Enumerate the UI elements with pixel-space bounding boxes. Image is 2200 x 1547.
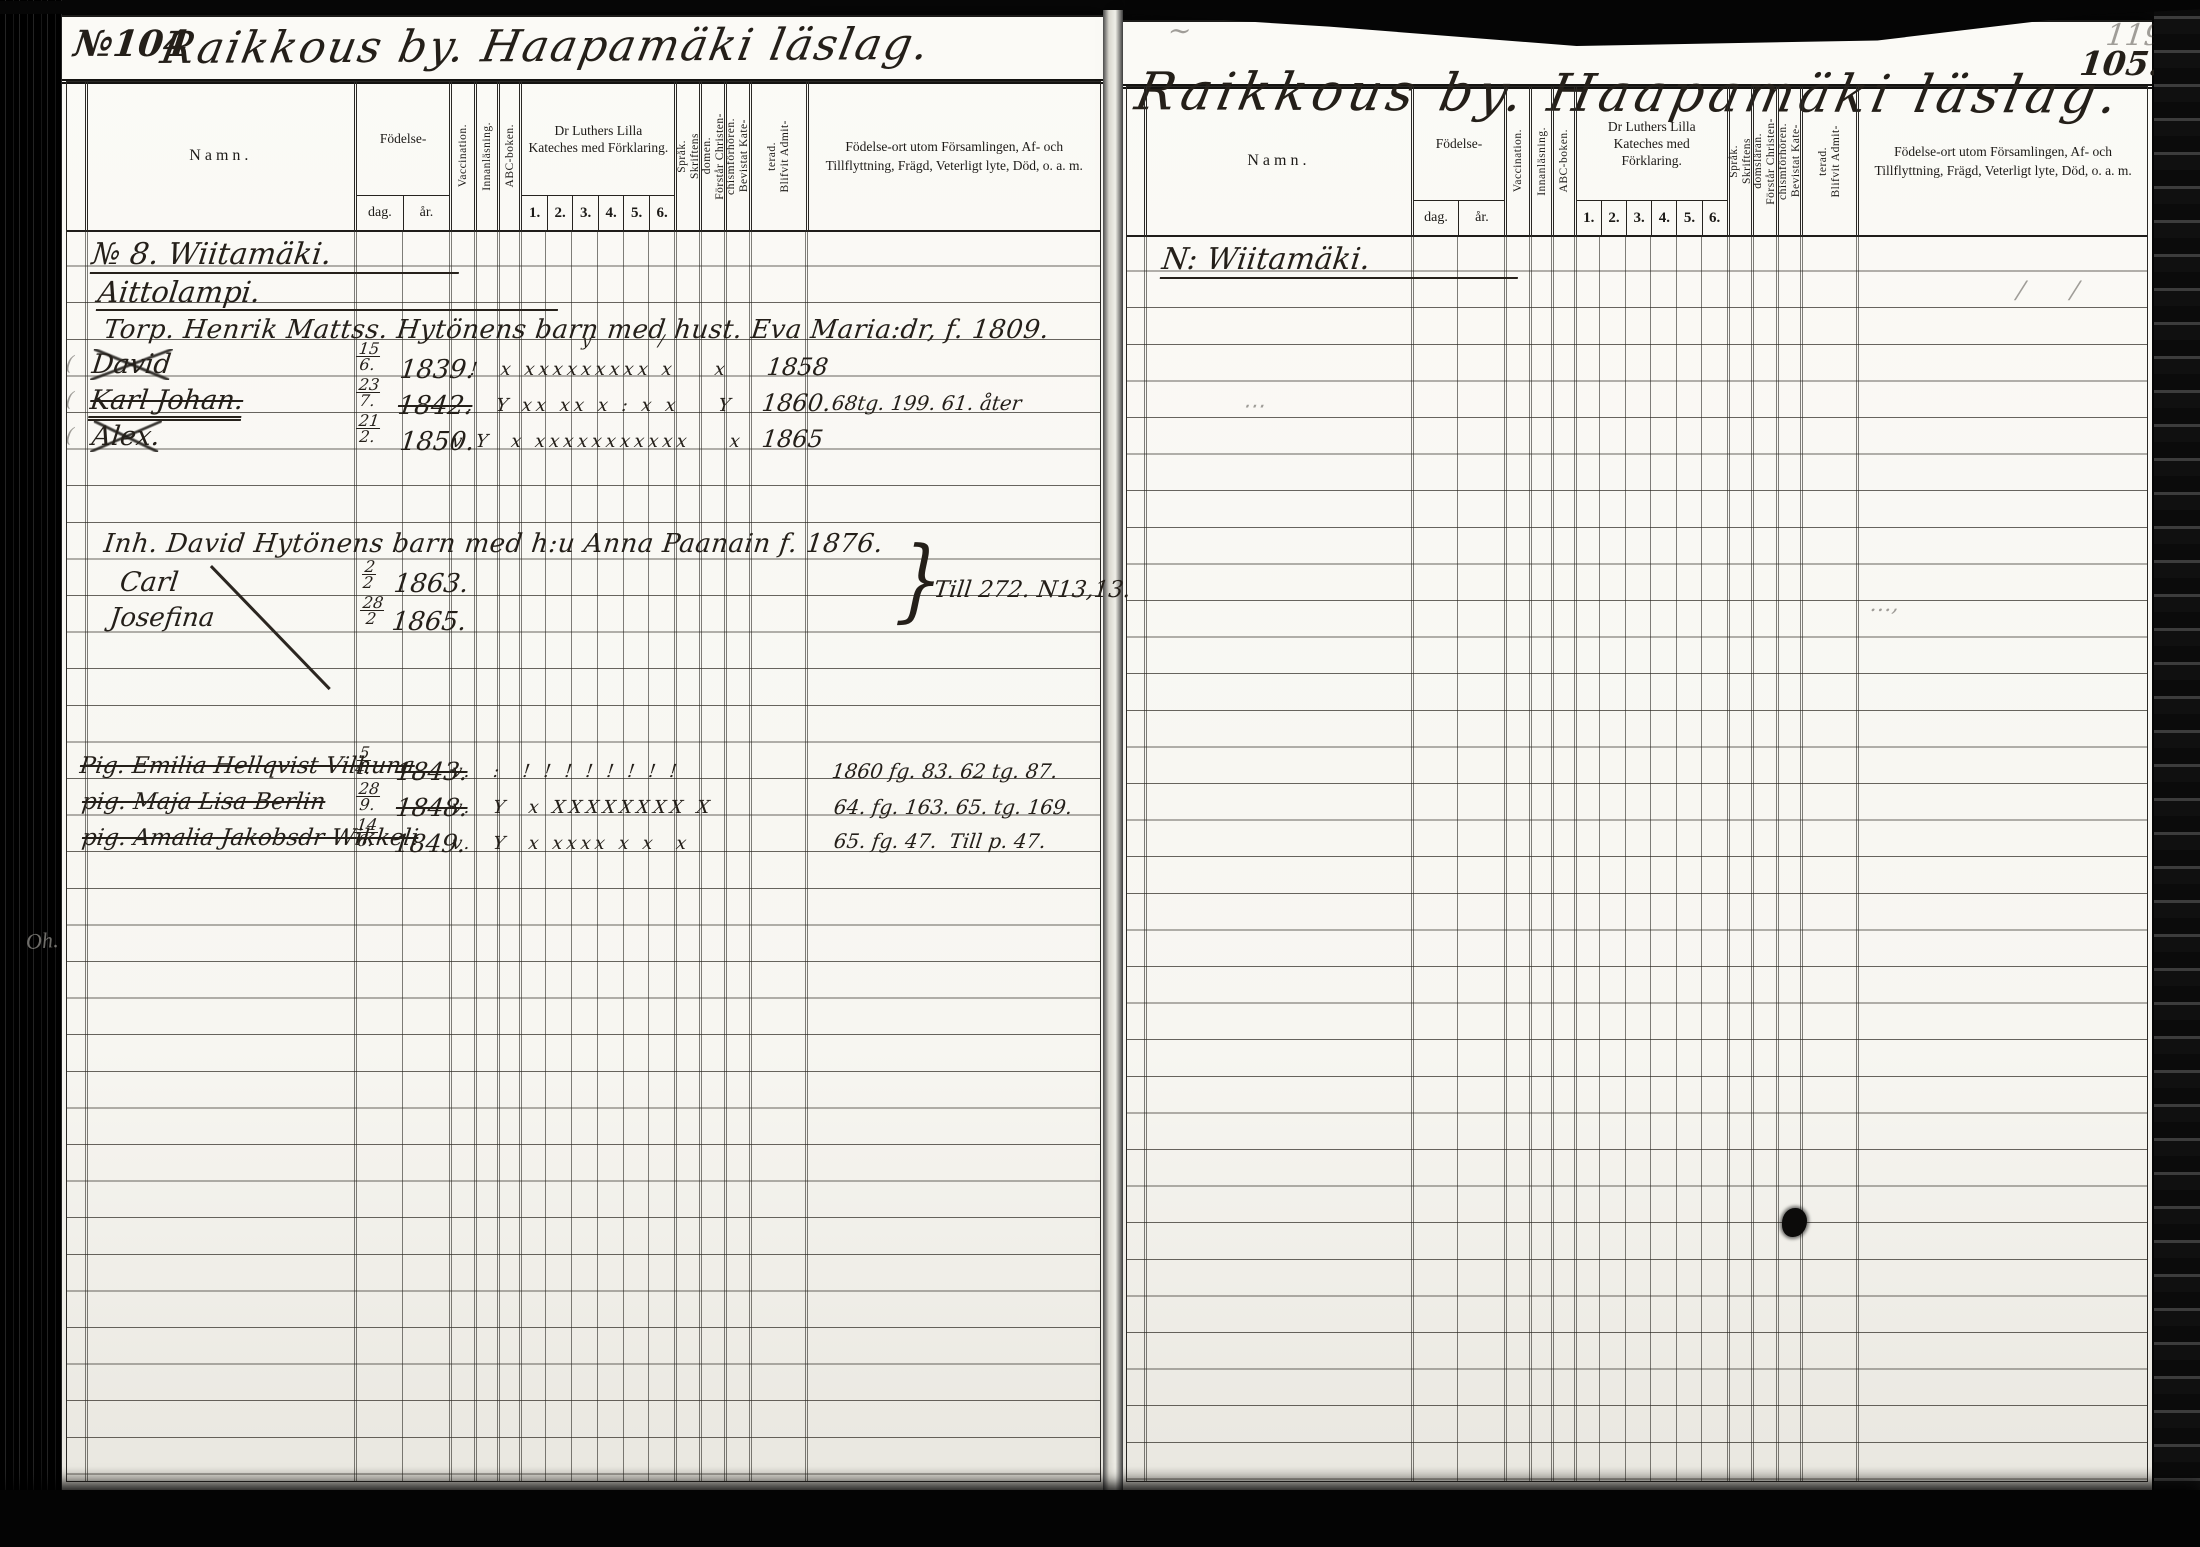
- entry-david-admitted: 1858: [765, 353, 830, 381]
- entry-alex-date: 21 2.: [354, 413, 382, 444]
- entry-david-year: 1839.: [398, 355, 476, 385]
- entry-family1-line: Torp. Henrik Mattss. Hytönens barn med h…: [102, 315, 1051, 345]
- spine-ghost-text: Oh.: [25, 927, 59, 955]
- entry-alex-admitted: 1865: [760, 425, 825, 453]
- entry-pig2-note: 64. fg. 163. 65. tg. 169.: [833, 795, 1074, 819]
- entry-family2-note: Till 272. N13,13.: [932, 577, 1132, 603]
- page-stack-edge: [2154, 0, 2200, 1547]
- entry-pig3-marks: v. Y x xxxx x x x: [451, 833, 692, 854]
- entry-pig2-name: pig. Maja Lisa Berlin: [80, 789, 327, 815]
- entry-pig3-date: 14 6.: [352, 817, 380, 848]
- scanned-parish-register: №104 Raikkous by. Haapamäki läslag. Namn…: [0, 0, 2200, 1547]
- entry-karl-note: 68tg. 199. 61. åter: [831, 391, 1023, 415]
- entry-david-name: David: [90, 349, 173, 380]
- entry-karl-name: Karl Johan.: [88, 385, 245, 421]
- entry-david-marks: ! x xxxxxxxxx x x: [469, 359, 730, 380]
- entry-slash-marks: / /: [2015, 276, 2080, 304]
- left-page: №104 Raikkous by. Haapamäki läslag. Namn…: [62, 15, 1105, 1492]
- book-spine-edge: [0, 0, 62, 1547]
- entry-david-date: 15 6.: [354, 341, 382, 372]
- right-entries: N: Wiitamäki. / / ⋯ …,: [1122, 22, 2152, 1492]
- entry-alex-name: Alex.: [90, 421, 162, 452]
- margin-mark-1: (: [65, 351, 76, 375]
- entry-pig1-note: 1860 fg. 83. 62 tg. 87.: [831, 759, 1059, 783]
- entry-pig1-marks: v. : ! ! ! ! ! ! ! !: [451, 761, 682, 782]
- right-page: 119 105. Raikkous by. Haapamäki läslag. …: [1122, 20, 2152, 1492]
- entry-family2-cancel-stroke: [210, 565, 331, 690]
- entry-karl-date: 23 7.: [354, 377, 382, 408]
- page-gutter: [1103, 10, 1123, 1495]
- entry-alex-marks: v Y x xxxxxxxxxxx x: [451, 431, 745, 452]
- entry-david-above-marks: y /: [581, 331, 668, 350]
- entry-carl-date: 2 2: [360, 559, 378, 590]
- entry-family2-line: Inh. David Hytönens barn med h:u Anna Pa…: [102, 529, 885, 559]
- entry-heading-village: Aittolampi.: [96, 275, 563, 311]
- margin-mark-3: (: [65, 423, 76, 447]
- entry-carl-name: Carl: [118, 567, 180, 598]
- entry-josefina-year: 1865.: [390, 607, 468, 637]
- ink-blot: [1782, 1208, 1807, 1237]
- entry-pig2-date: 28 9.: [354, 781, 382, 812]
- entry-karl-marks: . Y xx xx x : x x Y: [466, 395, 736, 416]
- faint-dots-b: …,: [1868, 592, 1900, 617]
- entry-heading-number: N: Wiitamäki.: [1160, 242, 1522, 279]
- entry-josefina-name: Josefina: [108, 603, 216, 633]
- entry-josefina-date: 28 2: [358, 595, 386, 626]
- scan-top-shadow: [0, 0, 810, 14]
- margin-mark-2: (: [65, 387, 76, 411]
- left-entries: № 8. Wiitamäki. Aittolampi. Torp. Henrik…: [62, 17, 1105, 1492]
- entry-karl-admitted: 1860.: [760, 389, 832, 417]
- entry-karl-year: 1842.: [396, 391, 474, 421]
- entry-pig2-marks: v. Y x XXXXXXXX X: [451, 797, 715, 818]
- entry-heading-number: № 8. Wiitamäki.: [90, 237, 464, 274]
- faint-dots-a: ⋯: [1240, 394, 1265, 419]
- entry-carl-year: 1863.: [392, 569, 470, 599]
- scan-bottom-shadow: [0, 1490, 2200, 1547]
- entry-pig3-note: 65. fg. 47. Till p. 47.: [833, 829, 1048, 853]
